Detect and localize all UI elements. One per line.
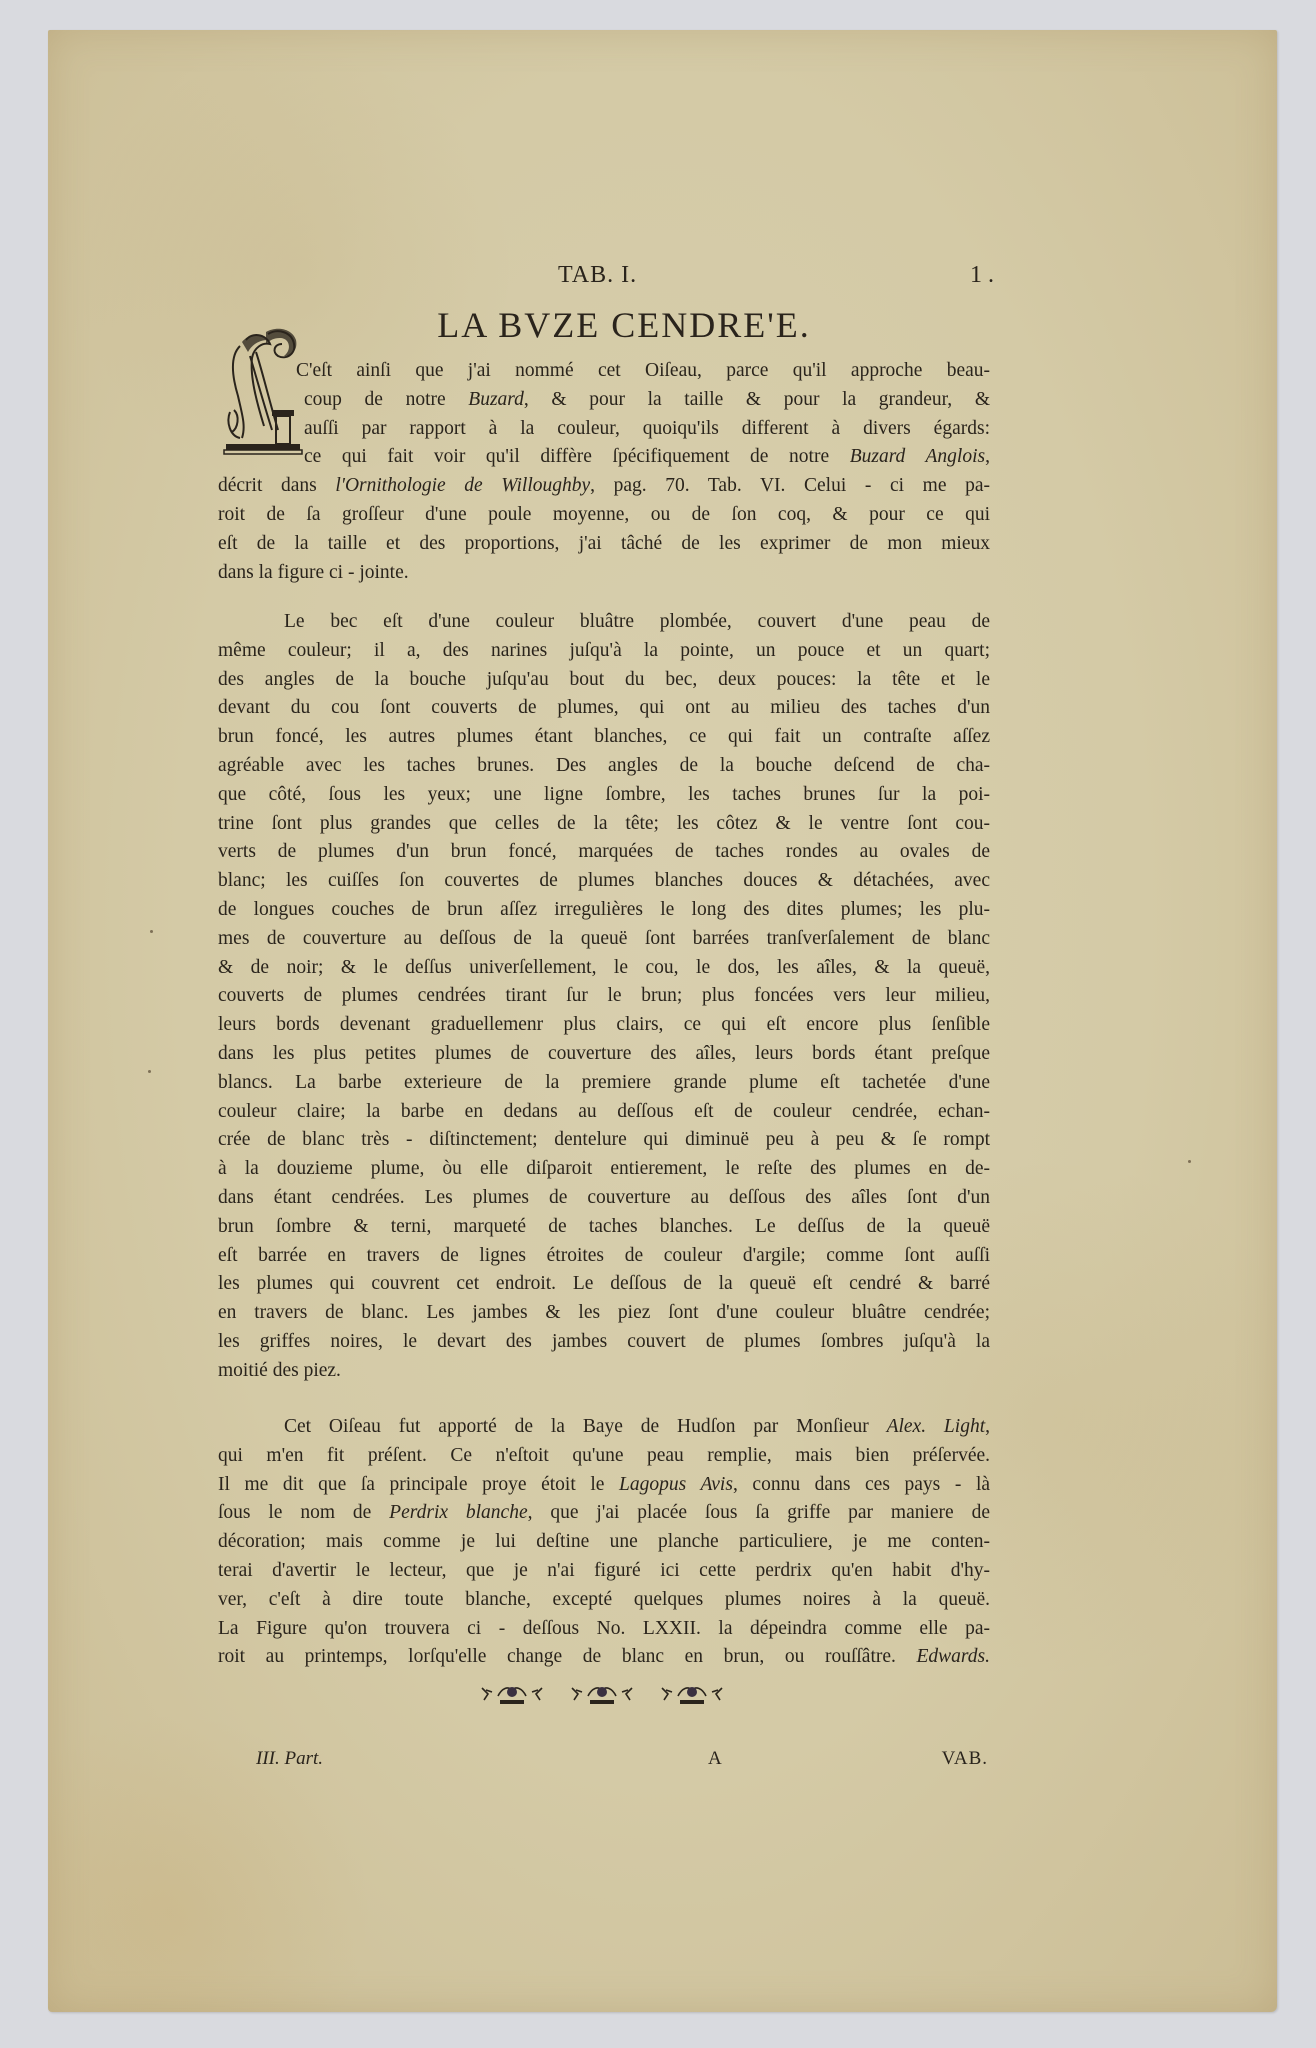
text-line: dans la figure ci - jointe. (218, 559, 990, 588)
paragraph-intro: C'eſt ainſi que j'ai nommé cet Oiſeau, p… (218, 357, 990, 587)
text-line: coup de notre Buzard, & pour la taille &… (218, 386, 990, 415)
text-line: C'eſt ainſi que j'ai nommé cet Oiſeau, p… (218, 357, 990, 386)
catchword: VAB. (942, 1748, 988, 1770)
text-line: roit au printemps, lorſqu'elle change de… (218, 1643, 990, 1672)
italic-term: l'Ornithologie de Willoughby (335, 475, 590, 496)
text-line: auſſi par rapport à la couleur, quoiqu'i… (218, 415, 990, 444)
text-line: qui m'en fit préſent. Ce n'eſtoit qu'une… (218, 1442, 990, 1471)
text-line: de longues couches de brun aſſez irregul… (218, 896, 990, 925)
tab-label: TAB. I. (558, 262, 637, 289)
text-line: couleur claire; la barbe en dedans au de… (218, 1098, 990, 1127)
text-line: des angles de la bouche juſqu'au bout du… (218, 666, 990, 695)
text-line: & de noir; & le deſſus univerſellement, … (218, 954, 990, 983)
text-line: ver, c'eſt à dire toute blanche, excepté… (218, 1586, 990, 1615)
text-line: terai d'avertir le lecteur, que je n'ai … (218, 1557, 990, 1586)
italic-term: Buzard (468, 389, 524, 410)
text-line: crée de blanc très - diſtinctement; dent… (218, 1126, 990, 1155)
text-line: décoration; mais comme je lui deſtine un… (218, 1528, 990, 1557)
text-line: dans les plus petites plumes de couvertu… (218, 1040, 990, 1069)
text-line: moitié des piez. (218, 1357, 990, 1386)
text-line: agréable avec les taches brunes. Des ang… (218, 752, 990, 781)
page-title: LA BVZE CENDRE'E. (218, 304, 990, 346)
paper-speck (148, 1070, 151, 1073)
italic-term: Lagopus Avis (619, 1474, 733, 1495)
text-line: Il me dit que ſa principale proye étoit … (218, 1471, 990, 1500)
text-line: blanc; les cuiſſes ſon couvertes de plum… (218, 867, 990, 896)
fleuron-ornament-row (478, 1682, 738, 1712)
text-line: dans étant cendrées. Les plumes de couve… (218, 1184, 990, 1213)
text-line: que côté, ſous les yeux; une ligne ſombr… (218, 781, 990, 810)
text-line: brun foncé, les autres plumes étant blan… (218, 723, 990, 752)
volume-part-label: III. Part. (256, 1748, 323, 1770)
text-line: couverts de plumes cendrées tirant ſur l… (218, 982, 990, 1011)
italic-term: Perdrix blanche (389, 1502, 527, 1523)
text-line: à la douzieme plume, òu elle diſparoit e… (218, 1155, 990, 1184)
text-line: les plumes qui couvrent cet endroit. Le … (218, 1270, 990, 1299)
text-line: eſt barrée en travers de lignes étroites… (218, 1242, 990, 1271)
text-line: décrit dans l'Ornithologie de Willoughby… (218, 472, 990, 501)
text-line: devant du cou ſont couverts de plumes, q… (218, 694, 990, 723)
text-line: blancs. La barbe exterieure de la premie… (218, 1069, 990, 1098)
fleuron-ornament-icon (568, 1682, 636, 1708)
page-footer: III. Part. A VAB. (240, 1748, 1000, 1778)
italic-term: Edwards. (917, 1646, 991, 1667)
text-line: Cet Oiſeau fut apporté de la Baye de Hud… (218, 1413, 990, 1442)
text-line: trine ſont plus grandes que celles de la… (218, 810, 990, 839)
text-line: La Figure qu'on trouvera ci - deſſous No… (218, 1615, 990, 1644)
text-line: ſous le nom de Perdrix blanche, que j'ai… (218, 1499, 990, 1528)
page-header: TAB. I. 1 . (218, 262, 990, 292)
text-line: ce qui fait voir qu'il diffère ſpécifiqu… (218, 443, 990, 472)
paragraph-provenance: Cet Oiſeau fut apporté de la Baye de Hud… (218, 1413, 990, 1672)
text-line: en travers de blanc. Les jambes & les pi… (218, 1299, 990, 1328)
italic-term: Buzard Anglois (850, 446, 985, 467)
text-line: Le bec eſt d'une couleur bluâtre plombée… (218, 608, 990, 637)
text-line: brun ſombre & terni, marqueté de taches … (218, 1213, 990, 1242)
text-line: même couleur; il a, des narines juſqu'à … (218, 637, 990, 666)
text-line: verts de plumes d'un brun foncé, marquée… (218, 838, 990, 867)
fleuron-ornament-icon (658, 1682, 726, 1708)
paragraph-description: Le bec eſt d'une couleur bluâtre plombée… (218, 608, 990, 1386)
text-line: mes de couverture au deſſous de la queuë… (218, 925, 990, 954)
fleuron-ornament-icon (478, 1682, 546, 1708)
text-line: leurs bords devenant graduellemenr plus … (218, 1011, 990, 1040)
text-line: les griffes noires, le devart des jambes… (218, 1328, 990, 1357)
signature-mark: A (708, 1748, 722, 1770)
text-line: roit de ſa groſſeur d'une poule moyenne,… (218, 501, 990, 530)
text-line: eſt de la taille et des proportions, j'a… (218, 530, 990, 559)
paper-speck (1188, 1160, 1191, 1163)
italic-term: Alex. Light (887, 1416, 986, 1437)
paper-speck (150, 930, 153, 933)
page-number: 1 . (970, 262, 994, 289)
